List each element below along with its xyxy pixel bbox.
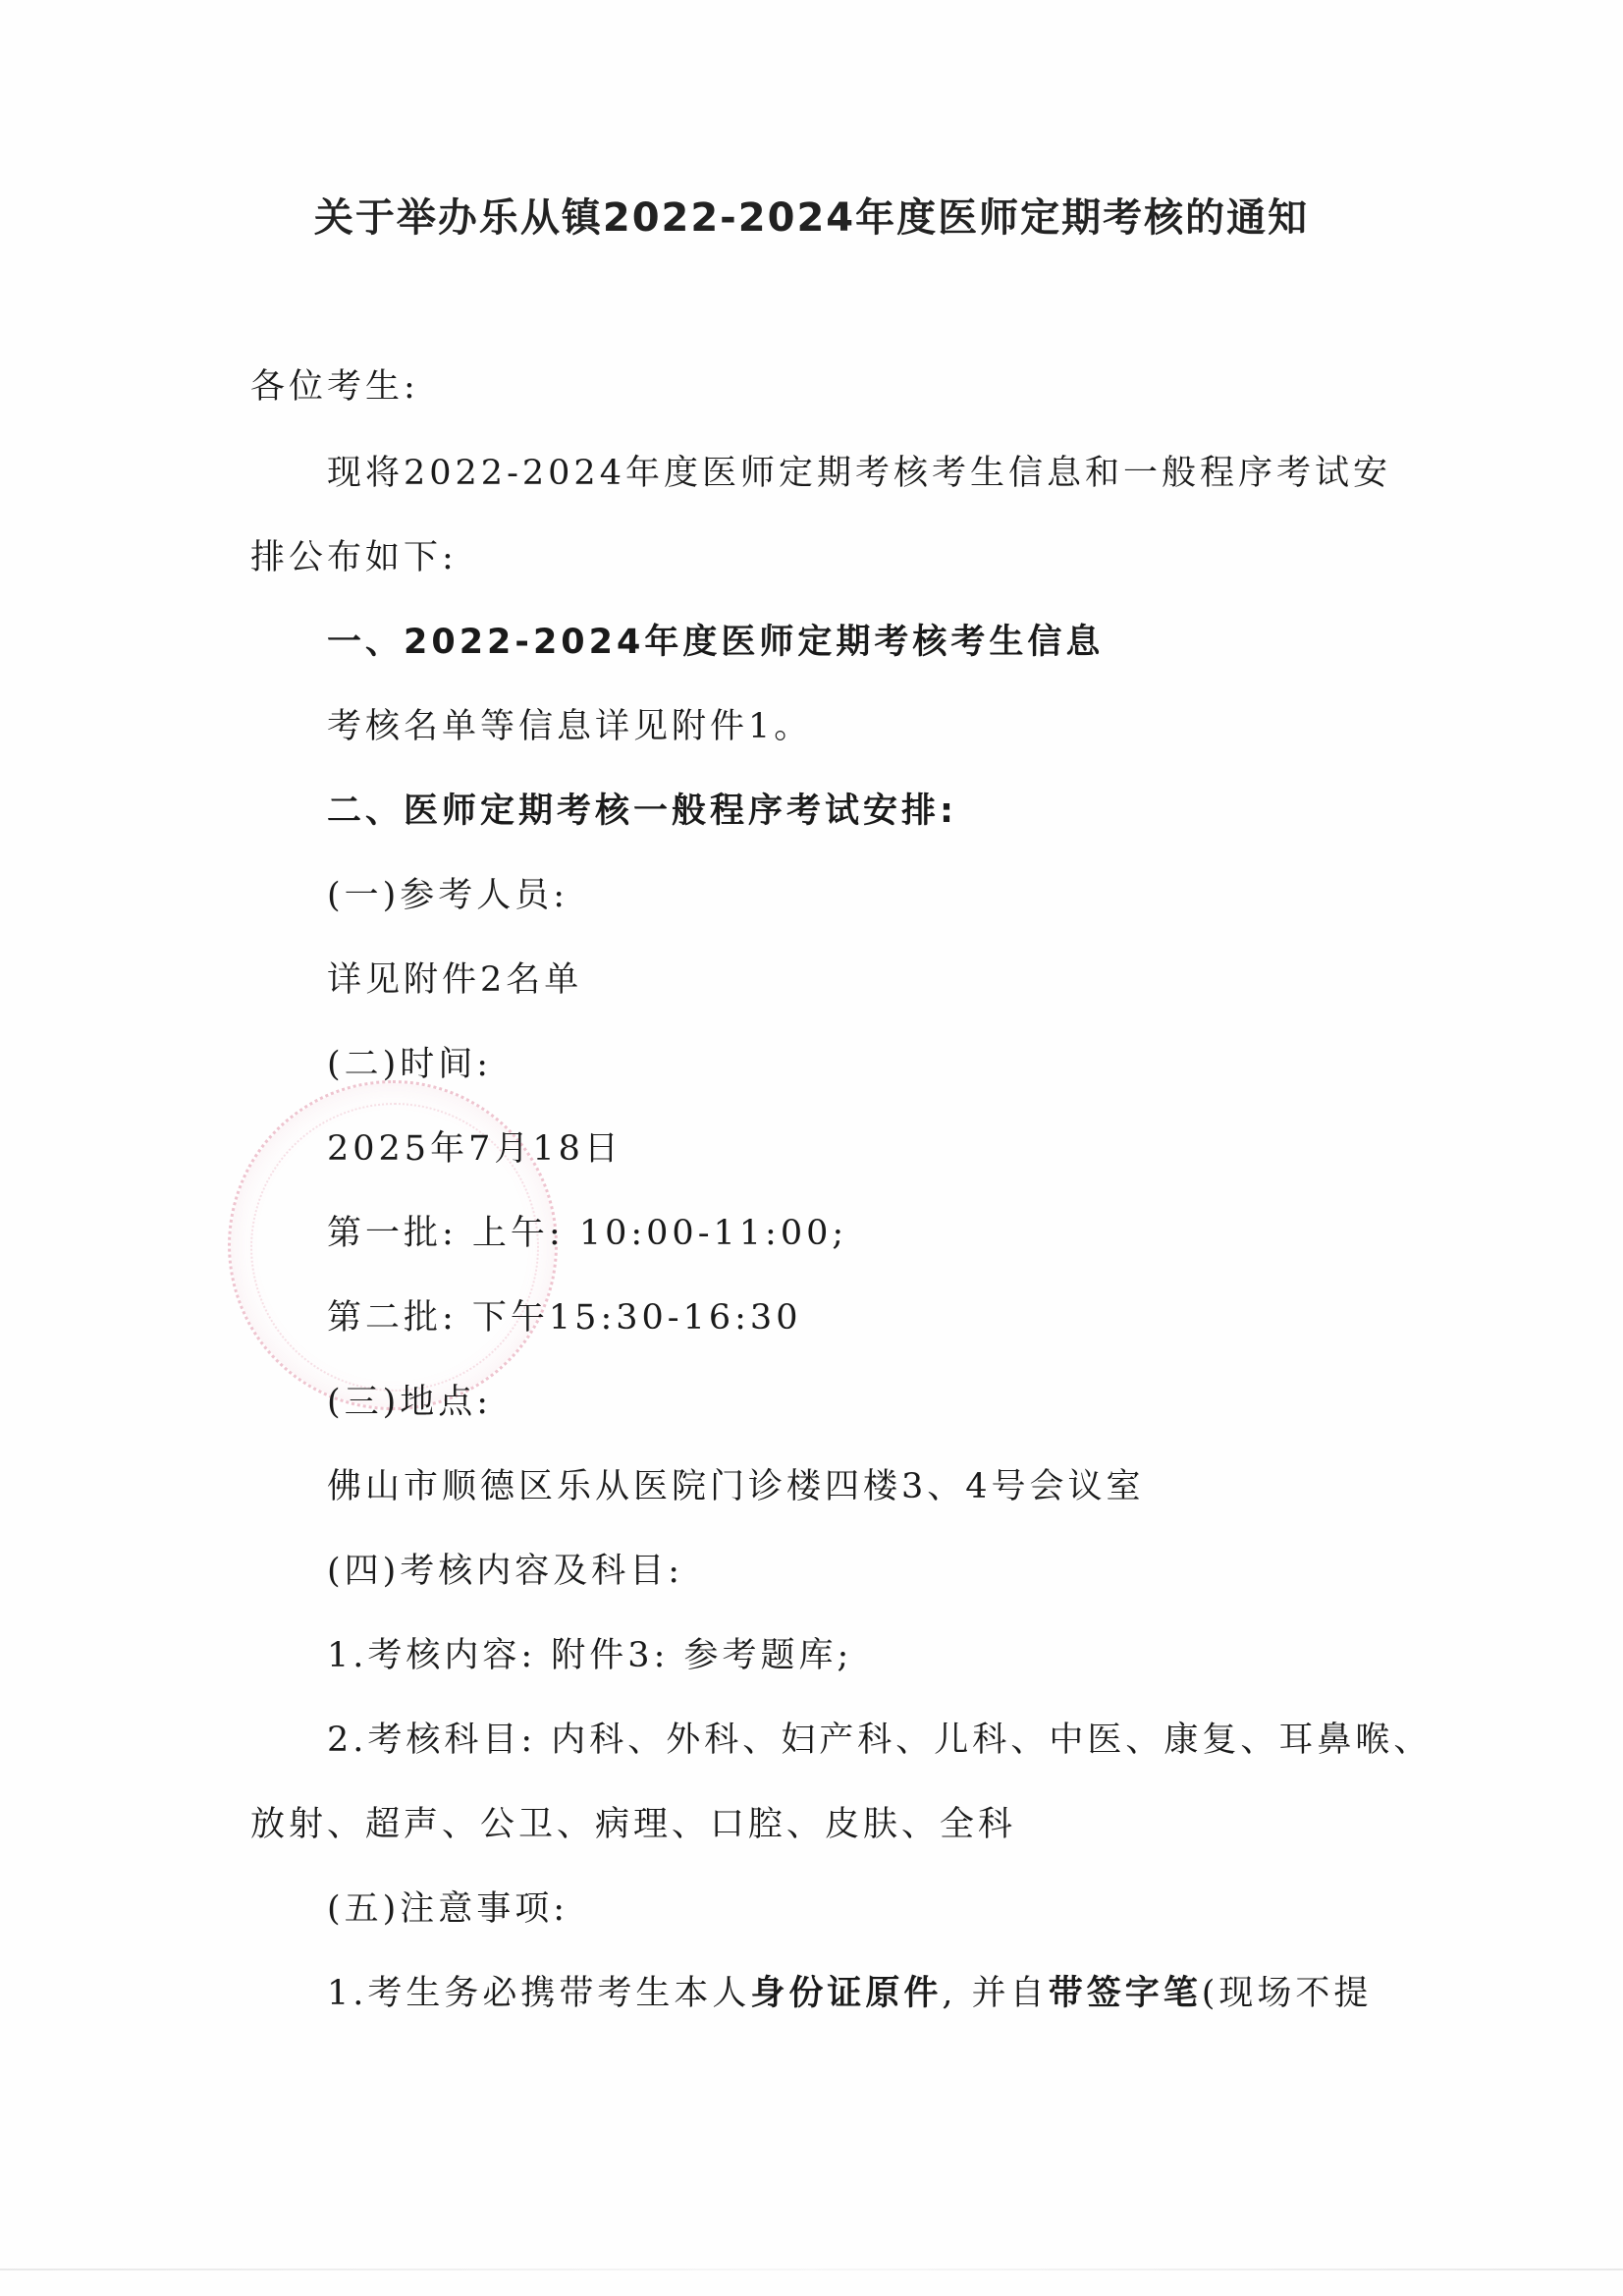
notes-item-1: 1.考生务必携带考生本人身份证原件, 并自带签字笔(现场不提 <box>327 1970 1372 2017</box>
content-item-2-line-1: 2.考核科目: 内科、外科、妇产科、儿科、中医、康复、耳鼻喉、 <box>327 1717 1432 1764</box>
time-heading: (二)时间: <box>327 1041 492 1088</box>
notes-id-card-emphasis: 身份证原件 <box>750 1973 942 2013</box>
section-2-heading: 二、医师定期考核一般程序考试安排: <box>327 788 957 835</box>
intro-paragraph-line-1: 现将2022-2024年度医师定期考核考生信息和一般程序考试安 <box>327 450 1391 497</box>
location-heading: (三)地点: <box>327 1379 492 1426</box>
intro-paragraph-line-2: 排公布如下: <box>250 534 458 581</box>
notes-item-1-prefix: 1.考生务必携带考生本人 <box>327 1974 750 2013</box>
salutation: 各位考生: <box>250 363 419 410</box>
participants-body: 详见附件2名单 <box>327 957 582 1004</box>
notes-item-1-mid: , 并自 <box>942 1974 1048 2013</box>
notes-item-1-suffix: (现场不提 <box>1202 1974 1373 2013</box>
notes-pen-emphasis: 带签字笔 <box>1049 1973 1202 2013</box>
exam-date: 2025年7月18日 <box>327 1125 622 1173</box>
notes-heading: (五)注意事项: <box>327 1886 568 1933</box>
scan-edge-line <box>0 2269 1623 2270</box>
location-body: 佛山市顺德区乐从医院门诊楼四楼3、4号会议室 <box>327 1463 1145 1510</box>
section-1-body: 考核名单等信息详见附件1。 <box>327 703 812 750</box>
content-item-2-line-2: 放射、超声、公卫、病理、口腔、皮肤、全科 <box>250 1801 1016 1848</box>
batch-1-time: 第一批: 上午: 10:00-11:00; <box>327 1210 847 1257</box>
content-item-1: 1.考核内容: 附件3: 参考题库; <box>327 1632 852 1679</box>
batch-2-time: 第二批: 下午15:30-16:30 <box>327 1294 801 1341</box>
section-1-heading: 一、2022-2024年度医师定期考核考生信息 <box>327 619 1104 666</box>
document-title: 关于举办乐从镇2022-2024年度医师定期考核的通知 <box>0 187 1623 243</box>
document-page: 关于举办乐从镇2022-2024年度医师定期考核的通知 各位考生: 现将2022… <box>0 0 1623 2296</box>
content-heading: (四)考核内容及科目: <box>327 1548 683 1595</box>
participants-heading: (一)参考人员: <box>327 872 568 919</box>
